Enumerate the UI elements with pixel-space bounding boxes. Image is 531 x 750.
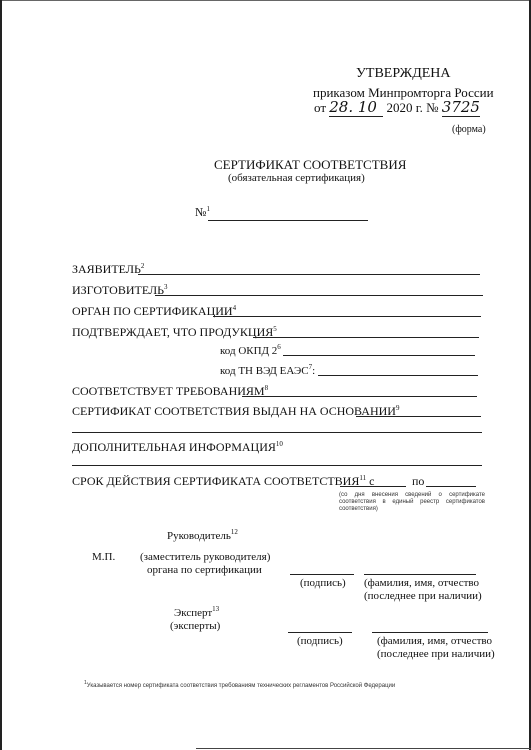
field-issued-basis-line[interactable] [356, 416, 481, 417]
expert-label: Эксперт13 [174, 607, 219, 619]
approval-title: УТВЕРЖДЕНА [356, 66, 451, 82]
field-manufacturer: ИЗГОТОВИТЕЛЬ3 [72, 283, 168, 298]
validity-to-label: по [412, 474, 424, 489]
expert-name-caption-2: (последнее при наличии) [377, 648, 495, 660]
certificate-form-page: УТВЕРЖДЕНА приказом Минпромторга России … [0, 0, 531, 750]
field-additional-info: ДОПОЛНИТЕЛЬНАЯ ИНФОРМАЦИЯ10 [72, 440, 283, 455]
field-product-line[interactable] [253, 337, 479, 338]
field-product: ПОДТВЕРЖДАЕТ, ЧТО ПРОДУКЦИЯ5 [72, 325, 277, 340]
approval-date: 28. 10 [329, 98, 383, 117]
deputy-line-1: (заместитель руководителя) [140, 551, 270, 563]
field-applicant: ЗАЯВИТЕЛЬ2 [72, 262, 144, 277]
stamp-label: М.П. [92, 551, 115, 563]
footnote: 1Указывается номер сертификата соответст… [84, 683, 395, 689]
head-signature-caption: (подпись) [300, 577, 346, 589]
approval-number: 3725 [442, 98, 480, 117]
validity-label: СРОК ДЕЙСТВИЯ СЕРТИФИКАТА СООТВЕТСТВИЯ11… [72, 474, 374, 489]
scan-bottom-edge [196, 748, 531, 749]
head-signature-line[interactable] [290, 574, 354, 575]
field-requirements-line[interactable] [242, 396, 477, 397]
head-name-line[interactable] [364, 574, 476, 575]
certificate-number-line[interactable] [208, 220, 368, 221]
field-certification-body: ОРГАН ПО СЕРТИФИКАЦИИ4 [72, 304, 236, 319]
form-label: (форма) [452, 124, 486, 135]
field-okpd2-line[interactable] [283, 355, 475, 356]
head-name-caption-1: (фамилия, имя, отчество [364, 577, 479, 589]
head-name-caption-2: (последнее при наличии) [364, 590, 482, 602]
field-manufacturer-line[interactable] [155, 295, 483, 296]
expert-name-caption-1: (фамилия, имя, отчество [377, 635, 492, 647]
field-okpd2: код ОКПД 26 [220, 345, 281, 357]
deputy-line-2: органа по сертификации [147, 564, 262, 576]
approval-from-prefix: от [314, 100, 326, 115]
field-tnved: код ТН ВЭД ЕАЭС7: [220, 365, 315, 377]
experts-label: (эксперты) [170, 620, 220, 632]
validity-to-line[interactable] [426, 486, 476, 487]
field-applicant-line[interactable] [138, 274, 480, 275]
certificate-number-label: №1 [195, 205, 210, 220]
expert-name-line[interactable] [372, 632, 488, 633]
field-requirements: СООТВЕТСТВУЕТ ТРЕБОВАНИЯМ8 [72, 384, 268, 399]
field-certification-body-line[interactable] [213, 316, 481, 317]
field-issued-basis: СЕРТИФИКАТ СООТВЕТСТВИЯ ВЫДАН НА ОСНОВАН… [72, 404, 399, 419]
head-label: Руководитель12 [167, 530, 238, 542]
field-tnved-line[interactable] [318, 375, 478, 376]
approval-date-line: от 28. 10 2020 г. № 3725 [314, 98, 480, 117]
document-title: СЕРТИФИКАТ СООТВЕТСТВИЯ [214, 157, 406, 173]
expert-signature-caption: (подпись) [297, 635, 343, 647]
document-subtitle: (обязательная сертификация) [228, 172, 365, 184]
scan-edge-top [0, 0, 531, 1]
field-issued-basis-line-2[interactable] [72, 432, 482, 433]
scan-edge-left [0, 0, 2, 750]
validity-note: (со дня внесения сведений о сертификате … [339, 492, 485, 513]
field-additional-info-line[interactable] [72, 465, 482, 466]
approval-year: 2020 г. № [387, 100, 439, 115]
validity-from-line[interactable] [340, 486, 406, 487]
expert-signature-line[interactable] [288, 632, 352, 633]
